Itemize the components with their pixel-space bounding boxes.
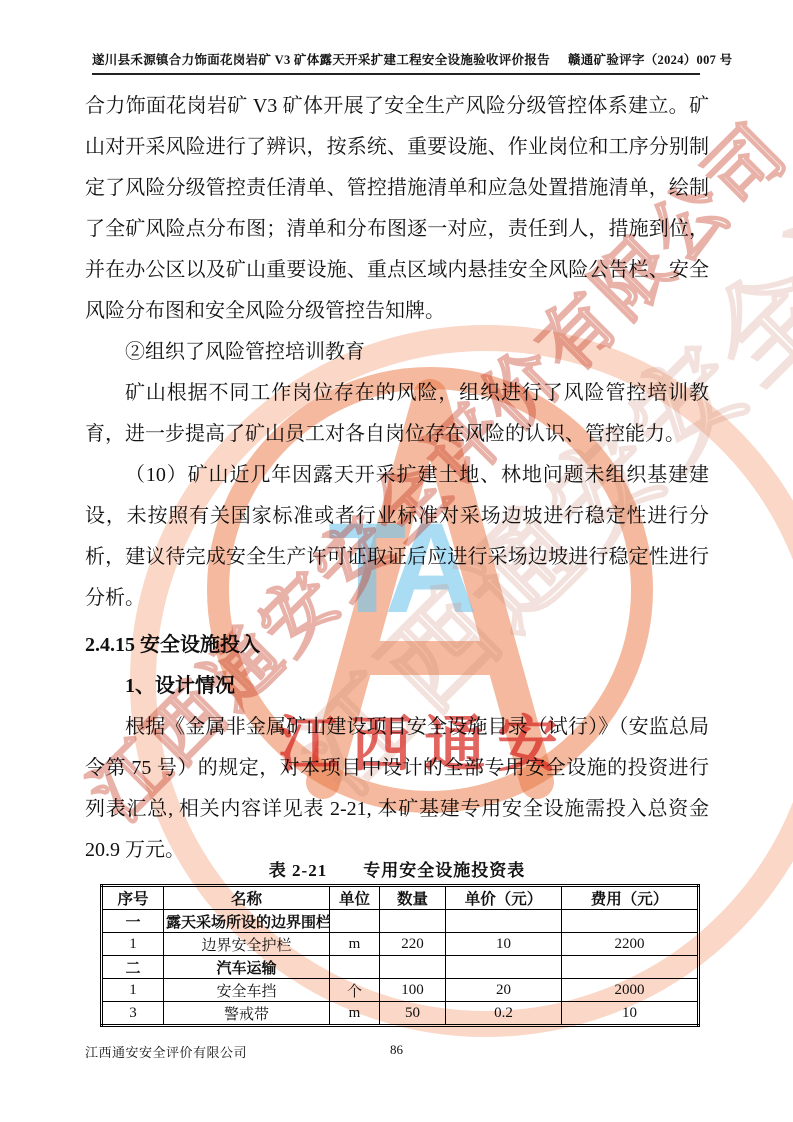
sub-heading: 1、设计情况 — [85, 666, 709, 707]
cell: 10 — [562, 1002, 699, 1026]
cell: 20 — [446, 979, 562, 1002]
footer-company: 江西通安安全评价有限公司 — [85, 1042, 247, 1061]
table-row: 1 安全车挡 个 100 20 2000 — [102, 979, 699, 1002]
cell: 2000 — [562, 979, 699, 1002]
cell: 10 — [446, 933, 562, 956]
paragraph: 根据《金属非金属矿山建设项目安全设施目录（试行）》（安监总局令第 75 号）的规… — [85, 707, 709, 871]
cell: 220 — [380, 933, 446, 956]
cell: 50 — [380, 1002, 446, 1026]
cell — [330, 956, 380, 979]
document-page: 遂川县禾源镇合力饰面花岗岩矿 V3 矿体露天开采扩建工程安全设施验收评价报告 赣… — [0, 0, 793, 1122]
col-header: 序号 — [102, 886, 164, 910]
table-header-row: 序号 名称 单位 数量 单价（元） 费用（元） — [102, 886, 699, 910]
cell — [380, 910, 446, 933]
cell: 3 — [102, 1002, 164, 1026]
cell: 汽车运输 — [164, 956, 330, 979]
cell: 1 — [102, 979, 164, 1002]
cell — [446, 910, 562, 933]
cell: 1 — [102, 933, 164, 956]
cell — [330, 910, 380, 933]
cell: 100 — [380, 979, 446, 1002]
cell: m — [330, 933, 380, 956]
table-row: 1 边界安全护栏 m 220 10 2200 — [102, 933, 699, 956]
paragraph: （10）矿山近几年因露天开采扩建土地、林地问题未组织基建建设，未按照有关国家标准… — [85, 455, 709, 619]
cell: 0.2 — [446, 1002, 562, 1026]
col-header: 数量 — [380, 886, 446, 910]
document-number: 赣通矿验评字（2024）007 号 — [568, 50, 732, 68]
cell: 二 — [102, 956, 164, 979]
cell: 个 — [330, 979, 380, 1002]
col-header: 单价（元） — [446, 886, 562, 910]
cell: 警戒带 — [164, 1002, 330, 1026]
col-header: 费用（元） — [562, 886, 699, 910]
cell: 露天采场所设的边界围栏 — [164, 910, 330, 933]
paragraph: 合力饰面花岗岩矿 V3 矿体开展了安全生产风险分级管控体系建立。矿山对开采风险进… — [85, 86, 709, 332]
report-title: 遂川县禾源镇合力饰面花岗岩矿 V3 矿体露天开采扩建工程安全设施验收评价报告 — [92, 50, 550, 68]
cell: 一 — [102, 910, 164, 933]
table-row: 3 警戒带 m 50 0.2 10 — [102, 1002, 699, 1026]
cell — [562, 956, 699, 979]
cell — [562, 910, 699, 933]
cell: 安全车挡 — [164, 979, 330, 1002]
table-row: 一 露天采场所设的边界围栏 — [102, 910, 699, 933]
table-row: 二 汽车运输 — [102, 956, 699, 979]
investment-table: 序号 名称 单位 数量 单价（元） 费用（元） 一 露天采场所设的边界围栏 1 … — [100, 884, 700, 1027]
section-heading: 2.4.15 安全设施投入 — [85, 625, 709, 666]
table-title: 表 2-21 专用安全设施投资表 — [85, 856, 709, 881]
cell — [380, 956, 446, 979]
cell: 边界安全护栏 — [164, 933, 330, 956]
cell: 2200 — [562, 933, 699, 956]
cell — [446, 956, 562, 979]
col-header: 单位 — [330, 886, 380, 910]
body-text: 合力饰面花岗岩矿 V3 矿体开展了安全生产风险分级管控体系建立。矿山对开采风险进… — [85, 86, 709, 871]
paragraph: 矿山根据不同工作岗位存在的风险，组织进行了风险管控培训教育，进一步提高了矿山员工… — [85, 373, 709, 455]
paragraph: ②组织了风险管控培训教育 — [85, 332, 709, 373]
page-header: 遂川县禾源镇合力饰面花岗岩矿 V3 矿体露天开采扩建工程安全设施验收评价报告 赣… — [92, 50, 700, 75]
cell: m — [330, 1002, 380, 1026]
col-header: 名称 — [164, 886, 330, 910]
